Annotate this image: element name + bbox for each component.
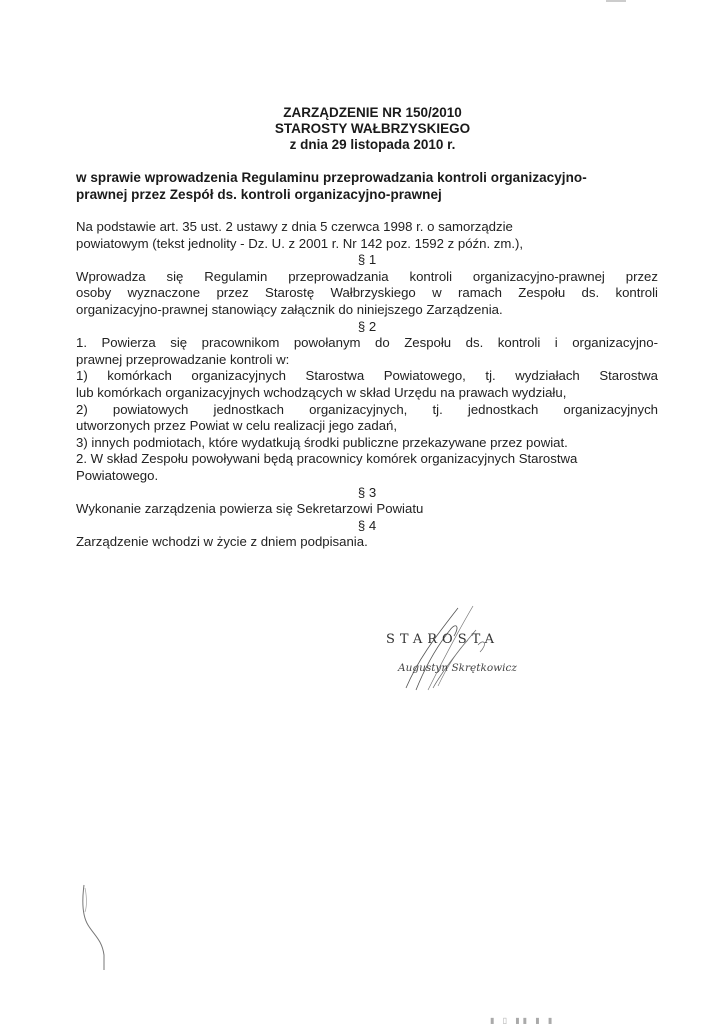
section-mark: § 3 [76, 485, 658, 502]
signature-block: STAROSTA Augustyn Skrętkowicz [378, 600, 578, 690]
margin-mark-icon [80, 880, 110, 980]
handwritten-signature-icon [378, 600, 578, 695]
document-body: Na podstawie art. 35 ust. 2 ustawy z dni… [76, 219, 658, 551]
section-line: prawnej przeprowadzanie kontroli w: [76, 352, 658, 369]
issuer: STAROSTY WAŁBRZYSKIEGO [20, 121, 725, 137]
section-line: 1. Powierza się pracownikom powołanym do… [76, 335, 658, 352]
document-page: ZARZĄDZENIE NR 150/2010 STAROSTY WAŁBRZY… [0, 0, 725, 1024]
scan-artifact [606, 0, 626, 2]
order-number: ZARZĄDZENIE NR 150/2010 [20, 105, 725, 121]
scan-artifact: ▮ ▯ ▮▮ ▮ ▮ [490, 1016, 555, 1024]
section-line: Zarządzenie wchodzi w życie z dniem podp… [76, 534, 658, 551]
section-line: lub komórkach organizacyjnych wchodzącyc… [76, 385, 658, 402]
subject-line: w sprawie wprowadzenia Regulaminu przepr… [76, 169, 656, 186]
document-header: ZARZĄDZENIE NR 150/2010 STAROSTY WAŁBRZY… [0, 105, 725, 153]
signature-title: STAROSTA [386, 632, 499, 647]
order-date: z dnia 29 listopada 2010 r. [20, 137, 725, 153]
signature-name: Augustyn Skrętkowicz [398, 662, 517, 674]
section-line: organizacyjno-prawnej stanowiący załączn… [76, 302, 658, 319]
section-line: utworzonych przez Powiat w celu realizac… [76, 418, 658, 435]
subject-line: prawnej przez Zespół ds. kontroli organi… [76, 186, 656, 203]
section-mark: § 2 [76, 319, 658, 336]
section-line: Wprowadza się Regulamin przeprowadzania … [76, 269, 658, 286]
preamble-line: powiatowym (tekst jednolity - Dz. U. z 2… [76, 236, 658, 253]
section-line: 2) powiatowych jednostkach organizacyjny… [76, 402, 658, 419]
section-mark: § 1 [76, 252, 658, 269]
section-line: 3) innych podmiotach, które wydatkują śr… [76, 435, 658, 452]
section-mark: § 4 [76, 518, 658, 535]
section-line: osoby wyznaczone przez Starostę Wałbrzys… [76, 285, 658, 302]
section-line: 1) komórkach organizacyjnych Starostwa P… [76, 368, 658, 385]
section-line: Wykonanie zarządzenia powierza się Sekre… [76, 501, 658, 518]
document-subject: w sprawie wprowadzenia Regulaminu przepr… [76, 169, 656, 203]
section-line: Powiatowego. [76, 468, 658, 485]
section-line: 2. W skład Zespołu powoływani będą praco… [76, 451, 658, 468]
preamble-line: Na podstawie art. 35 ust. 2 ustawy z dni… [76, 219, 658, 236]
